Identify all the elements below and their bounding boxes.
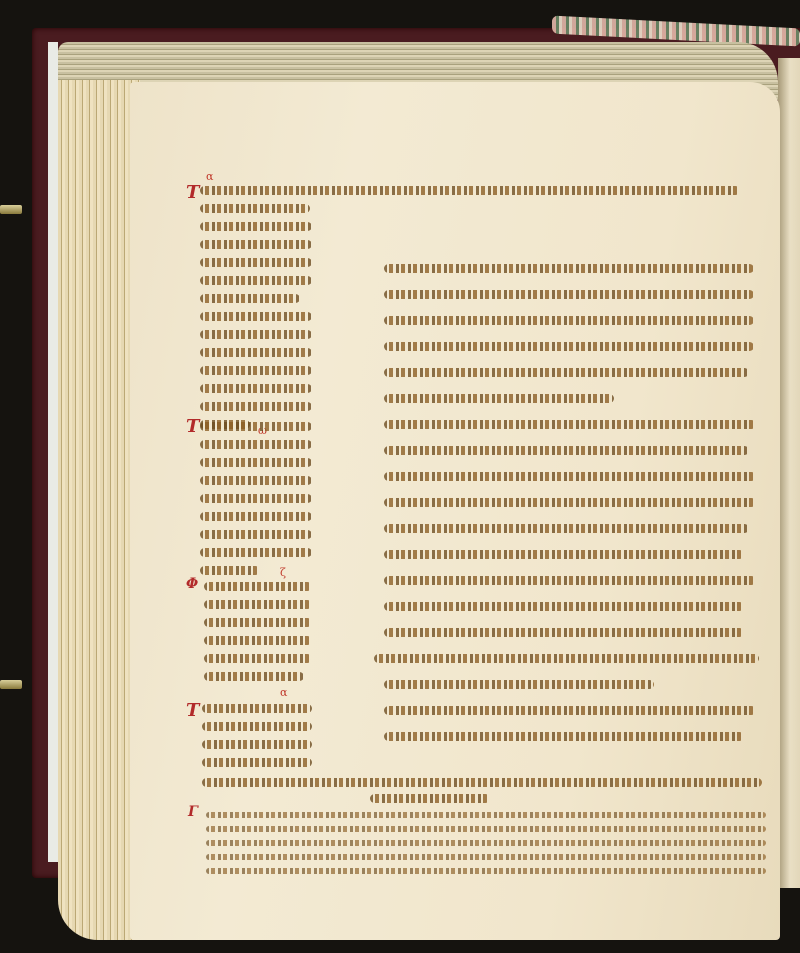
rubric-initial: Φ bbox=[186, 576, 198, 592]
page-edges-left bbox=[58, 80, 140, 940]
flyleaf-edge bbox=[48, 42, 58, 862]
rubric-initial: Τ bbox=[186, 700, 199, 721]
section-marker: ζ bbox=[280, 566, 286, 579]
clasp-icon bbox=[0, 680, 22, 689]
clasp-icon bbox=[0, 205, 22, 214]
section-marker: α bbox=[280, 686, 287, 699]
rubric-initial: Τ bbox=[186, 182, 199, 203]
rubric-initial: Γ bbox=[188, 804, 198, 820]
rubric-initial: Τ bbox=[186, 416, 199, 437]
manuscript-page: α Τ ω Τ ζ Φ α Τ bbox=[130, 82, 780, 940]
rubric-marker: α bbox=[206, 170, 213, 183]
facing-page-edge bbox=[778, 58, 800, 888]
text-line bbox=[200, 186, 740, 195]
